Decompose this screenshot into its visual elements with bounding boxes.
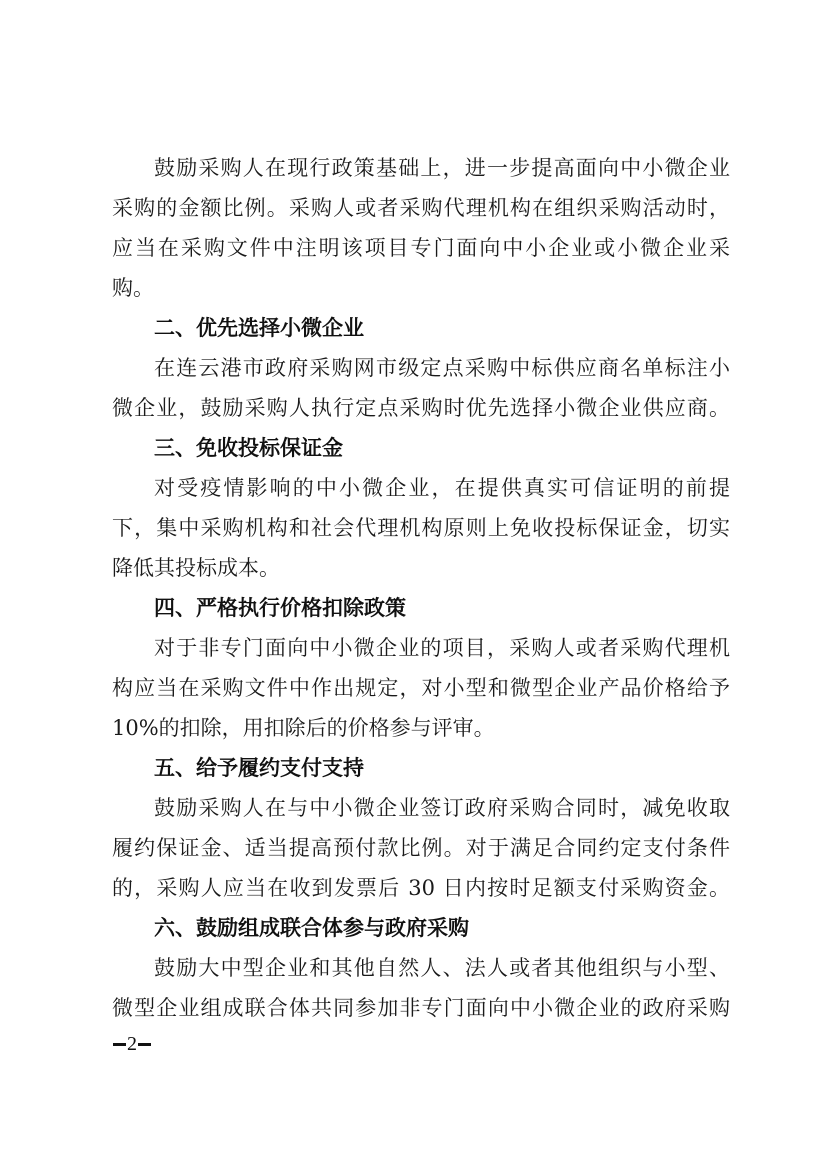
body-line: 鼓励采购人在现行政策基础上，进一步提高面向中小微企业 [112,148,730,188]
section-heading: 六、鼓励组成联合体参与政府采购 [112,908,730,948]
body-line: 微企业，鼓励采购人执行定点采购时优先选择小微企业供应商。 [112,388,730,428]
section-heading: 四、严格执行价格扣除政策 [112,588,730,628]
document-page: 鼓励采购人在现行政策基础上，进一步提高面向中小微企业 采购的金额比例。采购人或者… [112,148,730,1028]
body-line: 降低其投标成本。 [112,548,730,588]
body-line: 下，集中采购机构和社会代理机构原则上免收投标保证金，切实 [112,508,730,548]
body-line: 在连云港市政府采购网市级定点采购中标供应商名单标注小 [112,348,730,388]
section-heading: 三、免收投标保证金 [112,428,730,468]
section-heading: 二、优先选择小微企业 [112,308,730,348]
body-line: 对于非专门面向中小微企业的项目，采购人或者采购代理机 [112,628,730,668]
body-line: 构应当在采购文件中作出规定，对小型和微型企业产品价格给予 [112,668,730,708]
body-line: 鼓励采购人在与中小微企业签订政府采购合同时，减免收取 [112,788,730,828]
body-line: 购。 [112,268,730,308]
body-line: 采购的金额比例。采购人或者采购代理机构在组织采购活动时， [112,188,730,228]
dash-left [113,1043,126,1046]
body-line: 应当在采购文件中注明该项目专门面向中小企业或小微企业采 [112,228,730,268]
page-number-text: 2 [127,1032,137,1056]
body-line: 鼓励大中型企业和其他自然人、法人或者其他组织与小型、 [112,948,730,988]
page-number: 2 [112,1032,152,1056]
body-line: 的，采购人应当在收到发票后 30 日内按时足额支付采购资金。 [112,868,730,908]
body-line: 履约保证金、适当提高预付款比例。对于满足合同约定支付条件 [112,828,730,868]
body-line: 10%的扣除，用扣除后的价格参与评审。 [112,708,730,748]
dash-right [138,1043,151,1046]
body-line: 对受疫情影响的中小微企业，在提供真实可信证明的前提 [112,468,730,508]
body-line: 微型企业组成联合体共同参加非专门面向中小微企业的政府采购 [112,988,730,1028]
section-heading: 五、给予履约支付支持 [112,748,730,788]
